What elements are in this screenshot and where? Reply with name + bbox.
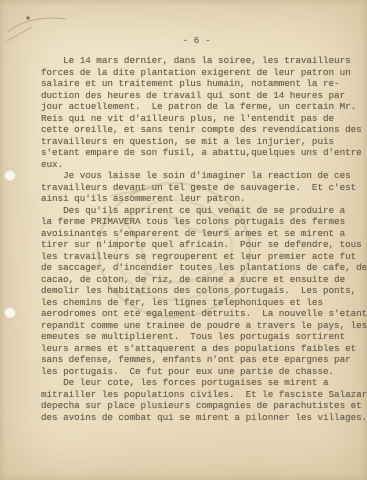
paragraph: Des qu'ils apprirent ce qui venait de se… <box>41 205 353 378</box>
text-line: les travailleurs se regrouperent et leur… <box>41 251 353 263</box>
text-line: forces de la dite plantation exigerent d… <box>41 67 353 79</box>
text-line: sans defense, femmes, enfants n'ont pas … <box>41 354 353 366</box>
text-line: s'etant empare de son fusil, a abattu,qu… <box>41 147 353 159</box>
text-line: De leur cote, les forces portugaises se … <box>41 377 353 389</box>
punch-hole <box>4 169 16 181</box>
text-line: depecha sur place plusieurs compagnies d… <box>41 400 353 412</box>
text-line: eux. <box>41 159 353 171</box>
text-line: mitrailler les populations civiles. Et l… <box>41 389 353 401</box>
text-line: les chemins de fer, les lignes telephoni… <box>41 297 353 309</box>
text-line: des avoins de combat qui se mirent a pil… <box>41 412 353 424</box>
paragraph: Je vous laisse le soin d'imaginer la rea… <box>41 170 353 205</box>
text-line: la ferme PRIMAVERA tous les colons portu… <box>41 216 353 228</box>
text-line: aerodromes ont ete egalement detruits. L… <box>41 308 353 320</box>
text-line: leurs armes et s'attaquerent a des popul… <box>41 343 353 355</box>
text-line: Reis qui ne vit d'ailleurs plus, ne l'en… <box>41 113 353 125</box>
text-line: avoisinantes s'emparerent de leurs armes… <box>41 228 353 240</box>
text-line: repandit comme une trainee de poudre a t… <box>41 320 353 332</box>
text-line: Je vous laisse le soin d'imaginer la rea… <box>41 170 353 182</box>
text-line: Des qu'ils apprirent ce qui venait de se… <box>41 205 353 217</box>
text-line: de saccager, d'incendier toutes les plan… <box>41 262 353 274</box>
text-line: duction des heures de travail qui sont d… <box>41 90 353 102</box>
text-line: tirer sur n'importe quel africain. Pour … <box>41 239 353 251</box>
typewritten-text-block: Le 14 mars dernier, dans la soiree, les … <box>41 55 353 424</box>
paragraph: Le 14 mars dernier, dans la soiree, les … <box>41 55 353 170</box>
text-line: travailleurs devant un tel geste de sauv… <box>41 182 353 194</box>
text-line: salaire et un traitement plus humain, no… <box>41 78 353 90</box>
text-line: emeutes se multiplierent. Tous les portu… <box>41 331 353 343</box>
text-line: ainsi qu'ils assommerent leur patron. <box>41 193 353 205</box>
scanned-document-page: - 6 - Le 14 mars dernier, dans la soiree… <box>0 0 367 480</box>
paragraph: De leur cote, les forces portugaises se … <box>41 377 353 423</box>
text-line: travailleurs en question, se mit a les i… <box>41 136 353 148</box>
text-line: Le 14 mars dernier, dans la soiree, les … <box>41 55 353 67</box>
text-line: demolir les habitations des colons portu… <box>41 285 353 297</box>
page-number: - 6 - <box>13 35 367 46</box>
text-line: cacao, de coton, de riz, de canne a sucr… <box>41 274 353 286</box>
punch-hole <box>4 306 16 318</box>
text-line: jour actuellement. Le patron de la ferme… <box>41 101 353 113</box>
text-line: cette oreille, et sans tenir compte des … <box>41 124 353 136</box>
text-line: les portugais. Ce fut pour eux une parti… <box>41 366 353 378</box>
